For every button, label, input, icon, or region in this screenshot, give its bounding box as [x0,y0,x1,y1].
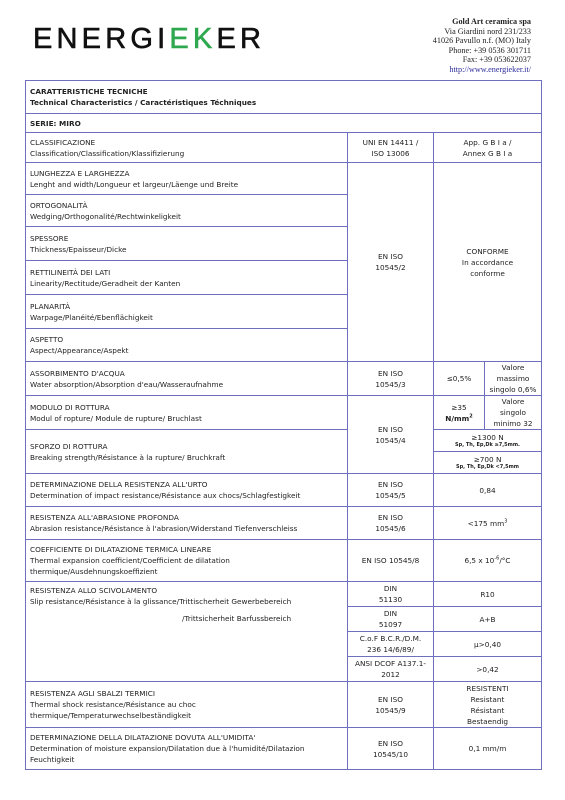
property-it: RETTILINEITÀ DEI LATI [30,267,343,278]
table-row: ASSORBIMENTO D'ACQUAWater absorption/Abs… [26,362,542,396]
norm-line: 10545/9 [352,705,429,716]
norm-line: ANSI DCOF A137.1- [352,658,429,669]
company-info: Gold Art ceramica spa Via Giardini nord … [433,17,531,75]
property-it: MODULO DI ROTTURA [30,402,343,413]
norm-cell: EN ISO10545/6 [348,507,434,540]
value-text: 6,5 x 10 [464,556,494,565]
norm-cell: EN ISO10545/10 [348,728,434,770]
value-line: Resistant [438,694,537,705]
property-cell: COEFFICIENTE DI DILATAZIONE TERMICA LINE… [26,540,348,582]
property-en: Modul of ropture/ Module de rupture/ Bru… [30,413,343,424]
property-cell: LUNGHEZZA E LARGHEZZALenght and width/Lo… [26,163,348,195]
note-cell: Valoremassimosingolo 0,6% [485,362,542,396]
value-unit: N/mm [445,414,469,423]
value-sup: 3 [504,518,507,524]
property-it: SPESSORE [30,233,343,244]
norm-line: 10545/4 [352,435,429,446]
property-en: thermique/Temperaturwechselbeständigkeit [30,710,343,721]
note-line: Valore [489,362,537,373]
value-cell: >0,42 [434,657,542,682]
property-it: ASPETTO [30,334,343,345]
norm-cell: EN ISO10545/4 [348,396,434,474]
property-en: Water absorption/Absorption d'eau/Wasser… [30,379,343,390]
norm-line: 51130 [352,594,429,605]
norm-cell: EN ISO 10545/8 [348,540,434,582]
norm-line: 10545/10 [352,749,429,760]
property-it: COEFFICIENTE DI DILATAZIONE TERMICA LINE… [30,544,343,555]
company-fax: Fax: +39 053622037 [433,55,531,65]
property-en: Classification/Classification/Klassifizi… [30,148,343,159]
property-it: ORTOGONALITÀ [30,200,343,211]
logo-text-suffix: ER [216,23,265,55]
company-phone: Phone: +39 0536 301711 [433,46,531,56]
norm-line: 236 14/6/89/ [352,644,429,655]
value-unit: /°C [499,556,510,565]
norm-line: 10545/2 [352,262,429,273]
note-cell: Valoresingolominimo 32 [485,396,542,430]
table-row: MODULO DI ROTTURAModul of ropture/ Modul… [26,396,542,430]
property-en: Determination of impact resistance/Résis… [30,490,343,501]
property-en: thermique/Ausdehnungskoeffizient [30,566,343,577]
value-cell: ≥35N/mm2 [434,396,485,430]
norm-line: EN ISO [352,694,429,705]
norm-cell: UNI EN 14411 /ISO 13006 [348,133,434,163]
value-cell: RESISTENTIResistantRésistantBestaendig [434,682,542,728]
table-row: LUNGHEZZA E LARGHEZZALenght and width/Lo… [26,163,542,195]
title-it: CARATTERISTICHE TECNICHE [30,86,537,97]
property-it: DETERMINAZIONE DELLA RESISTENZA ALL'URTO [30,479,343,490]
company-name: Gold Art ceramica spa [433,17,531,27]
property-cell: CLASSIFICAZIONEClassification/Classifica… [26,133,348,163]
norm-cell: EN ISO10545/3 [348,362,434,396]
property-cell: RESISTENZA ALL'ABRASIONE PROFONDAAbrasio… [26,507,348,540]
property-en: Lenght and width/Longueur et largeur/Läe… [30,179,343,190]
brand-logo: ENERGIEKER [33,23,265,56]
property-cell: DETERMINAZIONE DELLA DILATAZIONE DOVUTA … [26,728,348,770]
norm-line: EN ISO [352,424,429,435]
property-it: ASSORBIMENTO D'ACQUA [30,368,343,379]
norm-line: UNI EN 14411 / [352,137,429,148]
note-line: Valore [489,396,537,407]
value-line: RESISTENTI [438,683,537,694]
condition-line: Sp, Th, Ep,Dk ≥7,5mm. [438,442,537,449]
value-line: Résistant [438,705,537,716]
property-en: Wedging/Orthogonalité/Rechtwinkeligkeit [30,211,343,222]
property-cell: RETTILINEITÀ DEI LATILinearity/Rectitude… [26,261,348,295]
norm-line: 10545/3 [352,379,429,390]
note-line: singolo [489,407,537,418]
property-cell: SPESSOREThickness/Epaisseur/Dicke [26,227,348,261]
property-cell: RESISTENZA ALLO SCIVOLAMENTO Slip resist… [26,582,348,682]
value-cell: 0,1 mm/m [434,728,542,770]
value-cell: App. G B I a /Annex G B I a [434,133,542,163]
value-cell: <175 mm3 [434,507,542,540]
table-row: RESISTENZA ALLO SCIVOLAMENTO Slip resist… [26,582,542,607]
property-cell: RESISTENZA AGLI SBALZI TERMICIThermal sh… [26,682,348,728]
norm-line: EN ISO [352,479,429,490]
table-row: DETERMINAZIONE DELLA RESISTENZA ALL'URTO… [26,474,542,507]
norm-cell: ANSI DCOF A137.1-2012 [348,657,434,682]
property-en: Determination of moisture expansion/Dila… [30,743,343,754]
note-line: massimo [489,373,537,384]
norm-line: 2012 [352,669,429,680]
logo-text: ENERGI [33,23,169,55]
condition-line: Sp, Th, Ep,Dk <7,5mm [438,464,537,471]
norm-cell: DIN51130 [348,582,434,607]
table-title: CARATTERISTICHE TECNICHE Technical Chara… [26,81,542,114]
technical-characteristics-table: CARATTERISTICHE TECNICHE Technical Chara… [25,80,542,770]
norm-line: C.o.F B.C.R./D.M. [352,633,429,644]
value-line: Bestaendig [438,716,537,727]
property-cell: ORTOGONALITÀWedging/Orthogonalité/Rechtw… [26,195,348,227]
value-cell: A+B [434,607,542,632]
property-en: Abrasion resistance/Résistance à l'abras… [30,523,343,534]
property-it: DETERMINAZIONE DELLA DILATAZIONE DOVUTA … [30,732,343,743]
norm-line: ISO 13006 [352,148,429,159]
norm-line: EN ISO [352,368,429,379]
table-row: RESISTENZA ALL'ABRASIONE PROFONDAAbrasio… [26,507,542,540]
property-it: RESISTENZA AGLI SBALZI TERMICI [30,688,343,699]
norm-line: EN ISO [352,251,429,262]
norm-cell: DIN51097 [348,607,434,632]
norm-line: EN ISO [352,738,429,749]
property-cell: SFORZO DI ROTTURABreaking strength/Résis… [26,430,348,474]
norm-line: 51097 [352,619,429,630]
property-cell: MODULO DI ROTTURAModul of ropture/ Modul… [26,396,348,430]
property-en: Aspect/Appearance/Aspekt [30,345,343,356]
table-row: DETERMINAZIONE DELLA DILATAZIONE DOVUTA … [26,728,542,770]
norm-line: 10545/5 [352,490,429,501]
norm-line: 10545/6 [352,523,429,534]
property-en: Thermal shock resistance/Résistance au c… [30,699,343,710]
property-it: LUNGHEZZA E LARGHEZZA [30,168,343,179]
value-line: Annex G B I a [438,148,537,159]
property-cell: PLANARITÀWarpage/Planéité/Ebenflächigkei… [26,295,348,329]
property-en: Breaking strength/Résistance à la ruptur… [30,452,343,463]
value-cell: 0,84 [434,474,542,507]
title-en-fr: Technical Characteristics / Caractéristi… [30,97,537,108]
property-it: SFORZO DI ROTTURA [30,441,343,452]
value-cell: ≥1300 NSp, Th, Ep,Dk ≥7,5mm. [434,430,542,452]
property-en: Thermal expansion coefficient/Coefficien… [30,555,343,566]
company-address-2: 41026 Pavullo n.f. (MO) Italy [433,36,531,46]
property-en: /Trittsicherheit Barfussbereich [30,613,291,624]
value-cell: R10 [434,582,542,607]
property-it: PLANARITÀ [30,301,343,312]
value-line: ≥35 [438,402,480,413]
value-cell: ≤0,5% [434,362,485,396]
value-text: <175 mm [468,519,505,528]
norm-cell: EN ISO10545/2 [348,163,434,362]
table-row: SFORZO DI ROTTURABreaking strength/Résis… [26,430,542,452]
property-it: RESISTENZA ALLO SCIVOLAMENTO [30,585,343,596]
value-cell: CONFORMEIn accordanceconforme [434,163,542,362]
value-sup: 2 [469,413,472,419]
norm-line: DIN [352,583,429,594]
property-it: RESISTENZA ALL'ABRASIONE PROFONDA [30,512,343,523]
property-en: Feuchtigkeit [30,754,343,765]
property-cell: ASSORBIMENTO D'ACQUAWater absorption/Abs… [26,362,348,396]
table-row: COEFFICIENTE DI DILATAZIONE TERMICA LINE… [26,540,542,582]
property-cell: ASPETTOAspect/Appearance/Aspekt [26,329,348,362]
norm-line: EN ISO [352,512,429,523]
value-line: In accordance [438,257,537,268]
logo-accent: EK [169,23,216,55]
property-en: Linearity/Rectitude/Geradheit der Kanten [30,278,343,289]
note-line: minimo 32 [489,418,537,429]
norm-cell: EN ISO10545/5 [348,474,434,507]
property-en: Thickness/Epaisseur/Dicke [30,244,343,255]
value-line: conforme [438,268,537,279]
company-address-1: Via Giardini nord 231/233 [433,27,531,37]
norm-cell: EN ISO10545/9 [348,682,434,728]
value-cell: ≥700 NSp, Th, Ep,Dk <7,5mm [434,452,542,474]
company-website-link[interactable]: http://www.energieker.it/ [433,65,531,75]
value-line: N/mm2 [438,413,480,424]
value-line: App. G B I a / [438,137,537,148]
property-en: Warpage/Planéité/Ebenflächigkeit [30,312,343,323]
property-cell: DETERMINAZIONE DELLA RESISTENZA ALL'URTO… [26,474,348,507]
table-row: CLASSIFICAZIONEClassification/Classifica… [26,133,542,163]
value-line: ≥700 N [438,455,537,464]
property-it: CLASSIFICAZIONE [30,137,343,148]
serie-label: SERIE: MIRO [26,114,542,133]
value-line: CONFORME [438,246,537,257]
table-row: RESISTENZA AGLI SBALZI TERMICIThermal sh… [26,682,542,728]
value-line: ≥1300 N [438,433,537,442]
norm-line: DIN [352,608,429,619]
norm-cell: C.o.F B.C.R./D.M.236 14/6/89/ [348,632,434,657]
property-en: Slip resistance/Résistance à la glissanc… [30,596,343,607]
value-cell: µ>0,40 [434,632,542,657]
value-cell: 6,5 x 10-6/°C [434,540,542,582]
note-line: singolo 0,6% [489,384,537,395]
